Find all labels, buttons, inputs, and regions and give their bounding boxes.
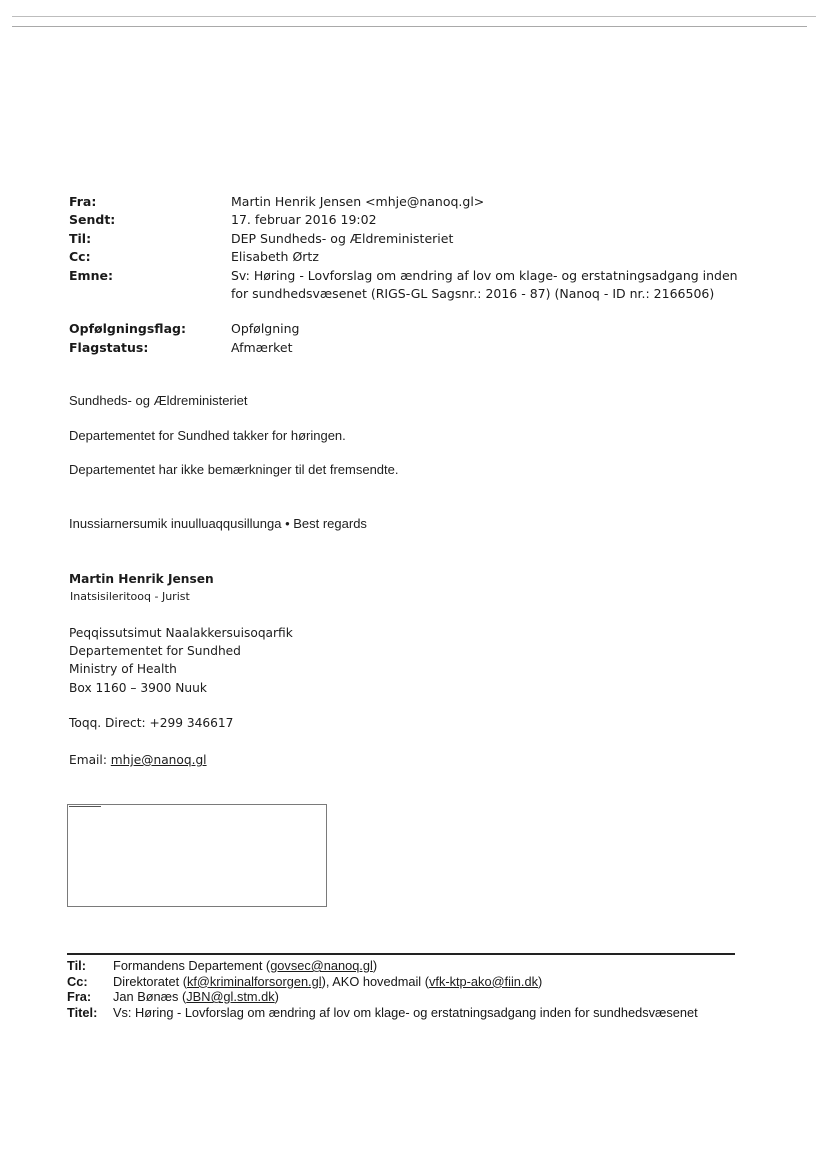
body-line-1: Departementet for Sundhed takker for hør… xyxy=(69,428,346,443)
header-to-row: Til: DEP Sundheds- og Ældreministeriet xyxy=(69,230,769,248)
sent-label: Sendt: xyxy=(69,211,231,229)
fwd-title-row: Titel: Vs: Høring - Lovforslag om ændrin… xyxy=(67,1005,698,1021)
signature-block: Martin Henrik Jensen Inatsisileritooq - … xyxy=(69,570,214,606)
to-value: DEP Sundheds- og Ældreministeriet xyxy=(231,230,751,248)
header-cc-row: Cc: Elisabeth Ørtz xyxy=(69,248,769,266)
fwd-from-row: Fra: Jan Bønæs (JBN@gl.stm.dk) xyxy=(67,989,698,1005)
followup-flag-value: Opfølgning xyxy=(231,320,299,339)
email-label: Email: xyxy=(69,753,111,767)
header-from-row: Fra: Martin Henrik Jensen <mhje@nanoq.gl… xyxy=(69,193,769,211)
body-line-2: Departementet har ikke bemærkninger til … xyxy=(69,462,399,477)
followup-flag-label: Opfølgningsflag: xyxy=(69,320,231,339)
fwd-from-name: Jan Bønæs ( xyxy=(113,989,186,1004)
fwd-from-email-link[interactable]: JBN@gl.stm.dk xyxy=(186,989,274,1004)
forwarded-header: Til: Formandens Departement (govsec@nano… xyxy=(67,958,698,1020)
signature-organization: Peqqissutsimut Naalakkersuisoqarfik Depa… xyxy=(69,624,293,697)
header-subject-row: Emne: Sv: Høring - Lovforslag om ændring… xyxy=(69,267,769,304)
divider xyxy=(67,953,735,955)
closing: Inussiarnersumik inuulluaqqusillunga • B… xyxy=(69,516,367,531)
greeting: Sundheds- og Ældreministeriet xyxy=(69,393,247,408)
signature-title: Inatsisileritooq - Jurist xyxy=(69,588,214,606)
signature-name: Martin Henrik Jensen xyxy=(69,570,214,588)
fwd-title-label: Titel: xyxy=(67,1005,113,1021)
flag-status-row: Flagstatus: Afmærket xyxy=(69,339,299,358)
flag-status-label: Flagstatus: xyxy=(69,339,231,358)
scan-artifact-line xyxy=(12,26,807,27)
from-label: Fra: xyxy=(69,193,231,211)
fwd-to-name: Formandens Departement ( xyxy=(113,958,270,973)
followup-flag-row: Opfølgningsflag: Opfølgning xyxy=(69,320,299,339)
broken-image-icon xyxy=(69,806,101,807)
to-label: Til: xyxy=(69,230,231,248)
subject-value: Sv: Høring - Lovforslag om ændring af lo… xyxy=(231,267,751,304)
fwd-to-label: Til: xyxy=(67,958,113,974)
fwd-cc-email-link-1[interactable]: kf@kriminalforsorgen.gl xyxy=(187,974,322,989)
address: Box 1160 – 3900 Nuuk xyxy=(69,679,293,697)
fwd-to-end: ) xyxy=(373,958,377,973)
from-value: Martin Henrik Jensen <mhje@nanoq.gl> xyxy=(231,193,751,211)
fwd-cc-end: ) xyxy=(538,974,542,989)
email-header: Fra: Martin Henrik Jensen <mhje@nanoq.gl… xyxy=(69,193,769,303)
fwd-cc-name-2: ), AKO hovedmail ( xyxy=(322,974,429,989)
sent-value: 17. februar 2016 19:02 xyxy=(231,211,751,229)
fwd-cc-label: Cc: xyxy=(67,974,113,990)
flag-info: Opfølgningsflag: Opfølgning Flagstatus: … xyxy=(69,320,299,357)
fwd-cc-name-1: Direktoratet ( xyxy=(113,974,187,989)
subject-label: Emne: xyxy=(69,267,231,304)
org-line-2: Departementet for Sundhed xyxy=(69,642,293,660)
fwd-from-label: Fra: xyxy=(67,989,113,1005)
fwd-to-email-link[interactable]: govsec@nanoq.gl xyxy=(270,958,373,973)
fwd-from-end: ) xyxy=(275,989,279,1004)
cc-label: Cc: xyxy=(69,248,231,266)
cc-value: Elisabeth Ørtz xyxy=(231,248,751,266)
fwd-title-value: Vs: Høring - Lovforslag om ændring af lo… xyxy=(113,1005,698,1021)
scan-artifact-line xyxy=(12,16,816,17)
signature-email-link[interactable]: mhje@nanoq.gl xyxy=(111,753,207,767)
org-line-3: Ministry of Health xyxy=(69,660,293,678)
email-line: Email: mhje@nanoq.gl xyxy=(69,751,207,769)
fwd-cc-email-link-2[interactable]: vfk-ktp-ako@fiin.dk xyxy=(429,974,538,989)
fwd-to-row: Til: Formandens Departement (govsec@nano… xyxy=(67,958,698,974)
header-sent-row: Sendt: 17. februar 2016 19:02 xyxy=(69,211,769,229)
fwd-cc-row: Cc: Direktoratet (kf@kriminalforsorgen.g… xyxy=(67,974,698,990)
phone: Toqq. Direct: +299 346617 xyxy=(69,714,233,732)
org-line-1: Peqqissutsimut Naalakkersuisoqarfik xyxy=(69,624,293,642)
flag-status-value: Afmærket xyxy=(231,339,292,358)
image-placeholder xyxy=(67,804,327,907)
